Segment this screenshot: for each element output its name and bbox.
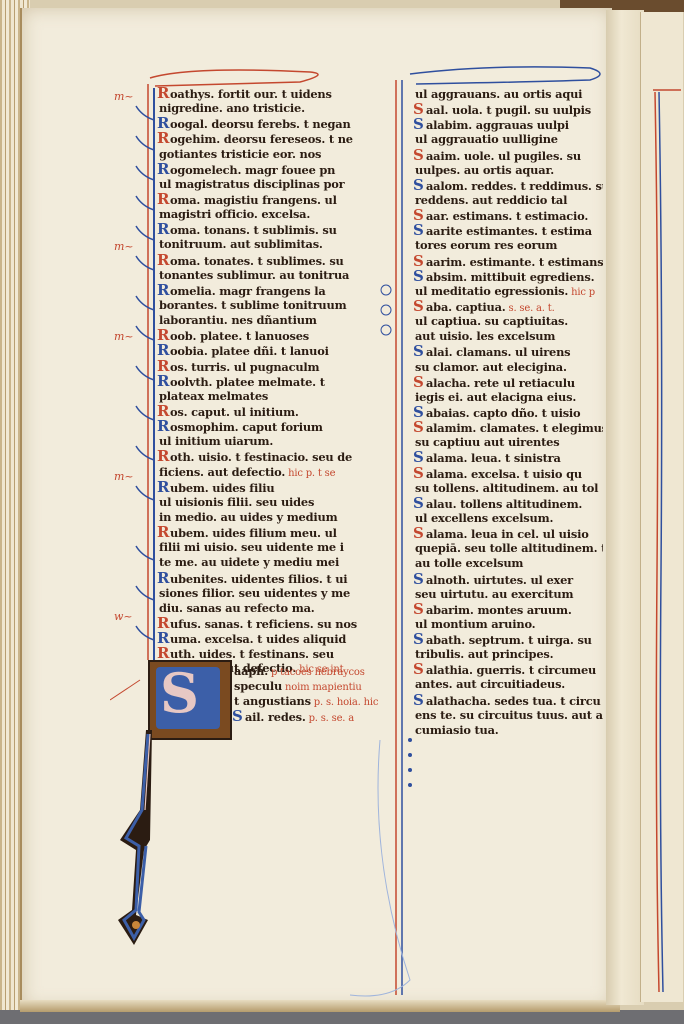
rubricated-initial: S	[413, 420, 425, 435]
text-line: plateax melmates	[157, 389, 389, 404]
line-text: oma. tonans. t sublimis. su	[170, 223, 337, 237]
rubric-note: s. se. a. t.	[506, 303, 555, 314]
rubricated-initial: R	[157, 131, 169, 146]
line-text: alai. clamans. ul uirens	[426, 345, 570, 359]
line-text: t angustians	[234, 694, 311, 708]
rubricated-initial: S	[413, 269, 425, 284]
line-text: su captiuu aut uirentes	[415, 435, 559, 449]
line-text: iegis ei. aut elacigna eius.	[415, 390, 576, 404]
text-line: Rufus. sanas. t reficiens. su nos	[157, 616, 389, 631]
text-line: Rogomelech. magr fouee pn	[157, 162, 389, 177]
rubricated-initial: R	[157, 222, 169, 237]
rubricated-initial: S	[232, 709, 244, 724]
line-text: ul captiua. su captiuitas.	[415, 314, 568, 328]
rubricated-initial: R	[157, 616, 169, 631]
text-line: Saarim. estimante. t estimans	[413, 254, 603, 269]
rubricated-initial: S	[413, 662, 425, 677]
text-line: Saalom. reddes. t reddimus. su	[413, 178, 603, 193]
text-line: ul initium uiarum.	[157, 434, 389, 449]
text-line: ul captiua. su captiuitas.	[413, 314, 603, 329]
text-line: Ros. turris. ul pugnaculm	[157, 359, 389, 374]
line-text: filii mi uisio. seu uidente me i	[159, 540, 344, 554]
text-line: Salathacha. sedes tua. t circu	[413, 693, 603, 708]
line-text: ail. redes.	[245, 710, 306, 724]
text-line: Roth. uisio. t festinacio. seu de	[157, 449, 389, 464]
text-line: Sabarim. montes aruum.	[413, 602, 603, 617]
svg-text:w~: w~	[114, 610, 133, 623]
line-text: tores eorum res eorum	[415, 238, 557, 252]
line-text: ul meditatio egressionis.	[415, 284, 568, 298]
rubricated-initial: S	[413, 375, 425, 390]
text-line: Saba. captiua. s. se. a. t.	[413, 299, 603, 314]
rubricated-initial: S	[413, 208, 425, 223]
text-line: ul montium aruino.	[413, 617, 603, 632]
text-line: quepiā. seu tolle altitudinem. t	[413, 541, 603, 556]
text-line: reddens. aut reddicio tal	[413, 193, 603, 208]
line-text: ubem. uides filium meu. ul	[170, 526, 337, 540]
text-line: Roolvth. platee melmate. t	[157, 374, 389, 389]
line-text: reddens. aut reddicio tal	[415, 193, 567, 207]
text-line: cumiasio tua.	[413, 723, 603, 738]
text-line: Sabsim. mittibuit egrediens.	[413, 269, 603, 284]
line-text: aarite estimantes. t estima	[426, 224, 592, 238]
rubricated-initial: R	[157, 253, 169, 268]
line-text: aarim. estimante. t estimans	[426, 255, 603, 269]
rubricated-initial: R	[157, 283, 169, 298]
line-text: aal. uola. t pugil. su uulpis	[426, 103, 591, 117]
line-text: magistri officio. excelsa.	[159, 207, 310, 221]
line-text: ul aggrauatio uulligine	[415, 132, 558, 146]
rubricated-initial: S	[413, 572, 425, 587]
line-text: aaph.	[234, 664, 268, 678]
line-text: oma. magistiu frangens. ul	[170, 193, 337, 207]
rubricated-initial: R	[157, 404, 169, 419]
text-line: Salau. tollens altitudinem.	[413, 496, 603, 511]
text-line: Roogal. deorsu ferebs. t negan	[157, 116, 389, 131]
rubric-note: noim mapientiu	[282, 682, 362, 693]
line-text: oob. platee. t lanuoses	[170, 329, 309, 343]
text-line: magistri officio. excelsa.	[157, 207, 389, 222]
line-text: ul montium aruino.	[415, 617, 535, 631]
text-line: Rubem. uides filium meu. ul	[157, 525, 389, 540]
text-line: Roobia. platee dñi. t lanuoi	[157, 343, 389, 358]
facing-page-edge	[640, 12, 683, 1002]
text-line: Rosmophim. caput forium	[157, 419, 389, 434]
line-text: alau. tollens altitudinem.	[426, 497, 582, 511]
text-line: ul aggrauatio uulligine	[413, 132, 603, 147]
text-line: Salnoth. uirtutes. ul exer	[413, 572, 603, 587]
text-line: Roob. platee. t lanuoses	[157, 328, 389, 343]
line-text: uulpes. au ortis aquar.	[415, 163, 554, 177]
line-text: quepiā. seu tolle altitudinem. t	[415, 541, 603, 555]
line-text: alama. excelsa. t uisio qu	[426, 467, 582, 481]
rubricated-initial: R	[157, 116, 169, 131]
text-line: te me. au uidete y mediu mei	[157, 555, 389, 570]
line-text: au tolle excelsum	[415, 556, 523, 570]
svg-text:m~: m~	[114, 240, 134, 253]
rubric-note: hic p. t se	[285, 468, 335, 479]
rubricated-initial: S	[413, 632, 425, 647]
line-text: oma. tonates. t sublimes. su	[170, 254, 344, 268]
rubricated-initial: R	[157, 86, 169, 101]
text-line: au tolle excelsum	[413, 556, 603, 571]
line-text: osmophim. caput forium	[170, 420, 323, 434]
line-text: aar. estimans. t estimacio.	[426, 209, 588, 223]
text-line: Salama. excelsa. t uisio qu	[413, 466, 603, 481]
line-text: alama. leua. t sinistra	[426, 451, 561, 465]
text-line: Sabath. septrum. t uirga. su	[413, 632, 603, 647]
rubricated-initial: R	[157, 162, 169, 177]
line-text: su clamor. aut elecigina.	[415, 360, 567, 374]
text-line: Saarite estimantes. t estima	[413, 223, 603, 238]
facing-page-border-decoration	[641, 12, 683, 1002]
rubricated-initial: S	[413, 405, 425, 420]
text-line: Rubenites. uidentes filios. t ui	[157, 571, 389, 586]
line-text: cumiasio tua.	[415, 723, 499, 737]
line-text: alacha. rete ul retiaculu	[426, 376, 575, 390]
line-text: antes. aut circuitiadeus.	[415, 677, 565, 691]
svg-text:m~: m~	[114, 330, 134, 343]
text-line: laborantiu. nes dñantium	[157, 313, 389, 328]
rubricated-initial: R	[157, 328, 169, 343]
text-line: Salama. leua. t sinistra	[413, 450, 603, 465]
rubricated-initial: S	[413, 117, 425, 132]
line-text: diu. sanas au refecto ma.	[159, 601, 315, 615]
rubricated-initial: S	[413, 693, 425, 708]
line-text: seu uirtutu. au exercitum	[415, 587, 573, 601]
rubric-note: p. s. se. a	[306, 713, 354, 724]
initial-letter: S	[160, 664, 199, 722]
text-line: tonantes sublimur. au tonitrua	[157, 268, 389, 283]
line-text: uma. excelsa. t uides aliquid	[170, 632, 346, 646]
text-line: Sail. redes. p. s. se. a	[232, 709, 378, 724]
text-line: Rogehim. deorsu fereseos. t ne	[157, 131, 389, 146]
line-text: alama. leua in cel. ul uisio	[426, 527, 589, 541]
text-line: Roma. magistiu frangens. ul	[157, 192, 389, 207]
line-text: oobia. platee dñi. t lanuoi	[170, 344, 329, 358]
text-line: ul magistratus disciplinas por	[157, 177, 389, 192]
line-text: tonitruum. aut sublimitas.	[159, 237, 323, 251]
line-text: aba. captiua.	[426, 300, 506, 314]
text-line: tores eorum res eorum	[413, 238, 603, 253]
text-line: Romelia. magr frangens la	[157, 283, 389, 298]
rubricated-initial: R	[157, 449, 169, 464]
line-text: ul excellens excelsum.	[415, 511, 553, 525]
line-text: abarim. montes aruum.	[426, 603, 572, 617]
text-line: Saar. estimans. t estimacio.	[413, 208, 603, 223]
rubric-note: hic p	[568, 287, 595, 298]
initial-descender-icon	[112, 730, 152, 950]
line-text: ufus. sanas. t reficiens. su nos	[170, 617, 357, 631]
text-line: aaph. p tacoes hebraycos	[232, 664, 378, 679]
line-text: speculu	[234, 679, 282, 693]
rubricated-initial: S	[413, 496, 425, 511]
text-line: Salai. clamans. ul uirens	[413, 344, 603, 359]
line-text: ogehim. deorsu fereseos. t ne	[170, 132, 353, 146]
text-line: Sabaias. capto dño. t uisio	[413, 405, 603, 420]
text-line: Salamim. clamates. t elegimus	[413, 420, 603, 435]
text-line: ul aggrauans. au ortis aqui	[413, 87, 603, 102]
text-line: Salathia. guerris. t circumeu	[413, 662, 603, 677]
line-text: alathia. guerris. t circumeu	[426, 663, 596, 677]
line-text: laborantiu. nes dñantium	[159, 313, 317, 327]
rubricated-initial: S	[413, 466, 425, 481]
rubricated-initial: S	[413, 148, 425, 163]
line-text: alathacha. sedes tua. t circu	[426, 694, 601, 708]
line-text: omelia. magr frangens la	[170, 284, 326, 298]
text-line: tonitruum. aut sublimitas.	[157, 237, 389, 252]
text-line: aut uisio. les excelsum	[413, 329, 603, 344]
line-text: tribulis. aut principes.	[415, 647, 553, 661]
text-line: seu uirtutu. au exercitum	[413, 587, 603, 602]
text-line: Salabim. aggrauas uulpi	[413, 117, 603, 132]
line-text: os. caput. ul initium.	[170, 405, 299, 419]
text-line: Rubem. uides filiu	[157, 480, 389, 495]
text-column-left: Roathys. fortit our. t uidensnigredine. …	[157, 86, 389, 676]
text-line: antes. aut circuitiadeus.	[413, 677, 603, 692]
rubricated-initial: R	[157, 419, 169, 434]
line-text: tonantes sublimur. au tonitrua	[159, 268, 349, 282]
line-text: ul magistratus disciplinas por	[159, 177, 344, 191]
text-line: borantes. t sublime tonitruum	[157, 298, 389, 313]
line-text: abaias. capto dño. t uisio	[426, 406, 580, 420]
text-line: ens te. su circuitus tuus. aut ar	[413, 708, 603, 723]
line-text: nigredine. ano tristicie.	[159, 101, 305, 115]
rubricated-initial: S	[413, 223, 425, 238]
text-line: Salama. leua in cel. ul uisio	[413, 526, 603, 541]
text-line: speculu noim mapientiu	[232, 679, 378, 694]
decorated-initial-s: S	[148, 660, 232, 740]
line-text: absim. mittibuit egrediens.	[426, 270, 594, 284]
text-line: filii mi uisio. seu uidente me i	[157, 540, 389, 555]
rubricated-initial: R	[157, 343, 169, 358]
line-text: borantes. t sublime tonitruum	[159, 298, 346, 312]
rubricated-initial: R	[157, 631, 169, 646]
line-text: siones filior. seu uidentes y me	[159, 586, 350, 600]
rubric-note: p. s. hoia. hic	[311, 697, 378, 708]
text-column-right: ul aggrauans. au ortis aquiSaal. uola. t…	[413, 87, 603, 738]
rubricated-initial: S	[413, 178, 425, 193]
line-text: in medio. au uides y medium	[159, 510, 337, 524]
line-text: su tollens. altitudinem. au tol	[415, 481, 598, 495]
svg-text:m~: m~	[114, 470, 134, 483]
line-text: gotiantes tristicie eor. nos	[159, 147, 321, 161]
svg-text:m~: m~	[114, 90, 134, 103]
line-text: aalom. reddes. t reddimus. su	[426, 179, 603, 193]
rubricated-initial: S	[413, 344, 425, 359]
line-text: te me. au uidete y mediu mei	[159, 555, 339, 569]
text-line: ul uisionis filii. seu uides	[157, 495, 389, 510]
text-line: su clamor. aut elecigina.	[413, 360, 603, 375]
rubricated-initial: S	[413, 450, 425, 465]
text-line: su captiuu aut uirentes	[413, 435, 603, 450]
text-line: Salacha. rete ul retiaculu	[413, 375, 603, 390]
line-text: ficiens. aut defectio.	[159, 465, 285, 479]
line-text: aut uisio. les excelsum	[415, 329, 555, 343]
text-line: siones filior. seu uidentes y me	[157, 586, 389, 601]
text-line: t angustians p. s. hoia. hic	[232, 694, 378, 709]
line-text: os. turris. ul pugnaculm	[170, 360, 319, 374]
rubricated-initial: S	[413, 526, 425, 541]
text-line: ficiens. aut defectio. hic p. t se	[157, 465, 389, 480]
rubricated-initial: S	[413, 299, 425, 314]
line-text: oogal. deorsu ferebs. t negan	[170, 117, 351, 131]
line-text: abath. septrum. t uirga. su	[426, 633, 592, 647]
text-line: nigredine. ano tristicie.	[157, 101, 389, 116]
text-column-left-tail: aaph. p tacoes hebraycosspeculu noim map…	[232, 664, 378, 725]
rubricated-initial: S	[413, 602, 425, 617]
rubricated-initial: R	[157, 359, 169, 374]
text-line: Roma. tonans. t sublimis. su	[157, 222, 389, 237]
line-text: oathys. fortit our. t uidens	[170, 87, 332, 101]
text-line: Ros. caput. ul initium.	[157, 404, 389, 419]
line-text: oolvth. platee melmate. t	[170, 375, 325, 389]
line-text: aaim. uole. ul pugiles. su	[426, 149, 581, 163]
rubricated-initial: S	[413, 254, 425, 269]
line-text: ubenites. uidentes filios. t ui	[170, 572, 347, 586]
rubric-note: p tacoes hebraycos	[268, 667, 365, 678]
line-text: oth. uisio. t festinacio. seu de	[170, 450, 352, 464]
text-line: Ruma. excelsa. t uides aliquid	[157, 631, 389, 646]
text-line: ul excellens excelsum.	[413, 511, 603, 526]
rubricated-initial: R	[157, 525, 169, 540]
line-text: alnoth. uirtutes. ul exer	[426, 573, 573, 587]
rubricated-initial: R	[157, 192, 169, 207]
text-line: diu. sanas au refecto ma.	[157, 601, 389, 616]
text-line: ul meditatio egressionis. hic p	[413, 284, 603, 299]
text-line: tribulis. aut principes.	[413, 647, 603, 662]
text-line: iegis ei. aut elacigna eius.	[413, 390, 603, 405]
line-text: alamim. clamates. t elegimus	[426, 421, 603, 435]
rubricated-initial: R	[157, 374, 169, 389]
line-text: ens te. su circuitus tuus. aut ar	[415, 708, 603, 722]
text-line: in medio. au uides y medium	[157, 510, 389, 525]
line-text: ogomelech. magr fouee pn	[170, 163, 335, 177]
page-bottom-edge	[20, 1000, 620, 1012]
line-text: ubem. uides filiu	[170, 481, 274, 495]
text-line: Saaim. uole. ul pugiles. su	[413, 148, 603, 163]
rubricated-initial: S	[413, 102, 425, 117]
text-line: Roma. tonates. t sublimes. su	[157, 253, 389, 268]
rubricated-initial: R	[157, 480, 169, 495]
line-text: ul aggrauans. au ortis aqui	[415, 87, 582, 101]
line-text: alabim. aggrauas uulpi	[426, 118, 569, 132]
text-line: gotiantes tristicie eor. nos	[157, 147, 389, 162]
text-line: Roathys. fortit our. t uidens	[157, 86, 389, 101]
text-line: Saal. uola. t pugil. su uulpis	[413, 102, 603, 117]
text-line: su tollens. altitudinem. au tol	[413, 481, 603, 496]
line-text: ul uisionis filii. seu uides	[159, 495, 314, 509]
text-line: uulpes. au ortis aquar.	[413, 163, 603, 178]
line-text: ul initium uiarum.	[159, 434, 273, 448]
line-text: plateax melmates	[159, 389, 268, 403]
rubricated-initial: R	[157, 571, 169, 586]
